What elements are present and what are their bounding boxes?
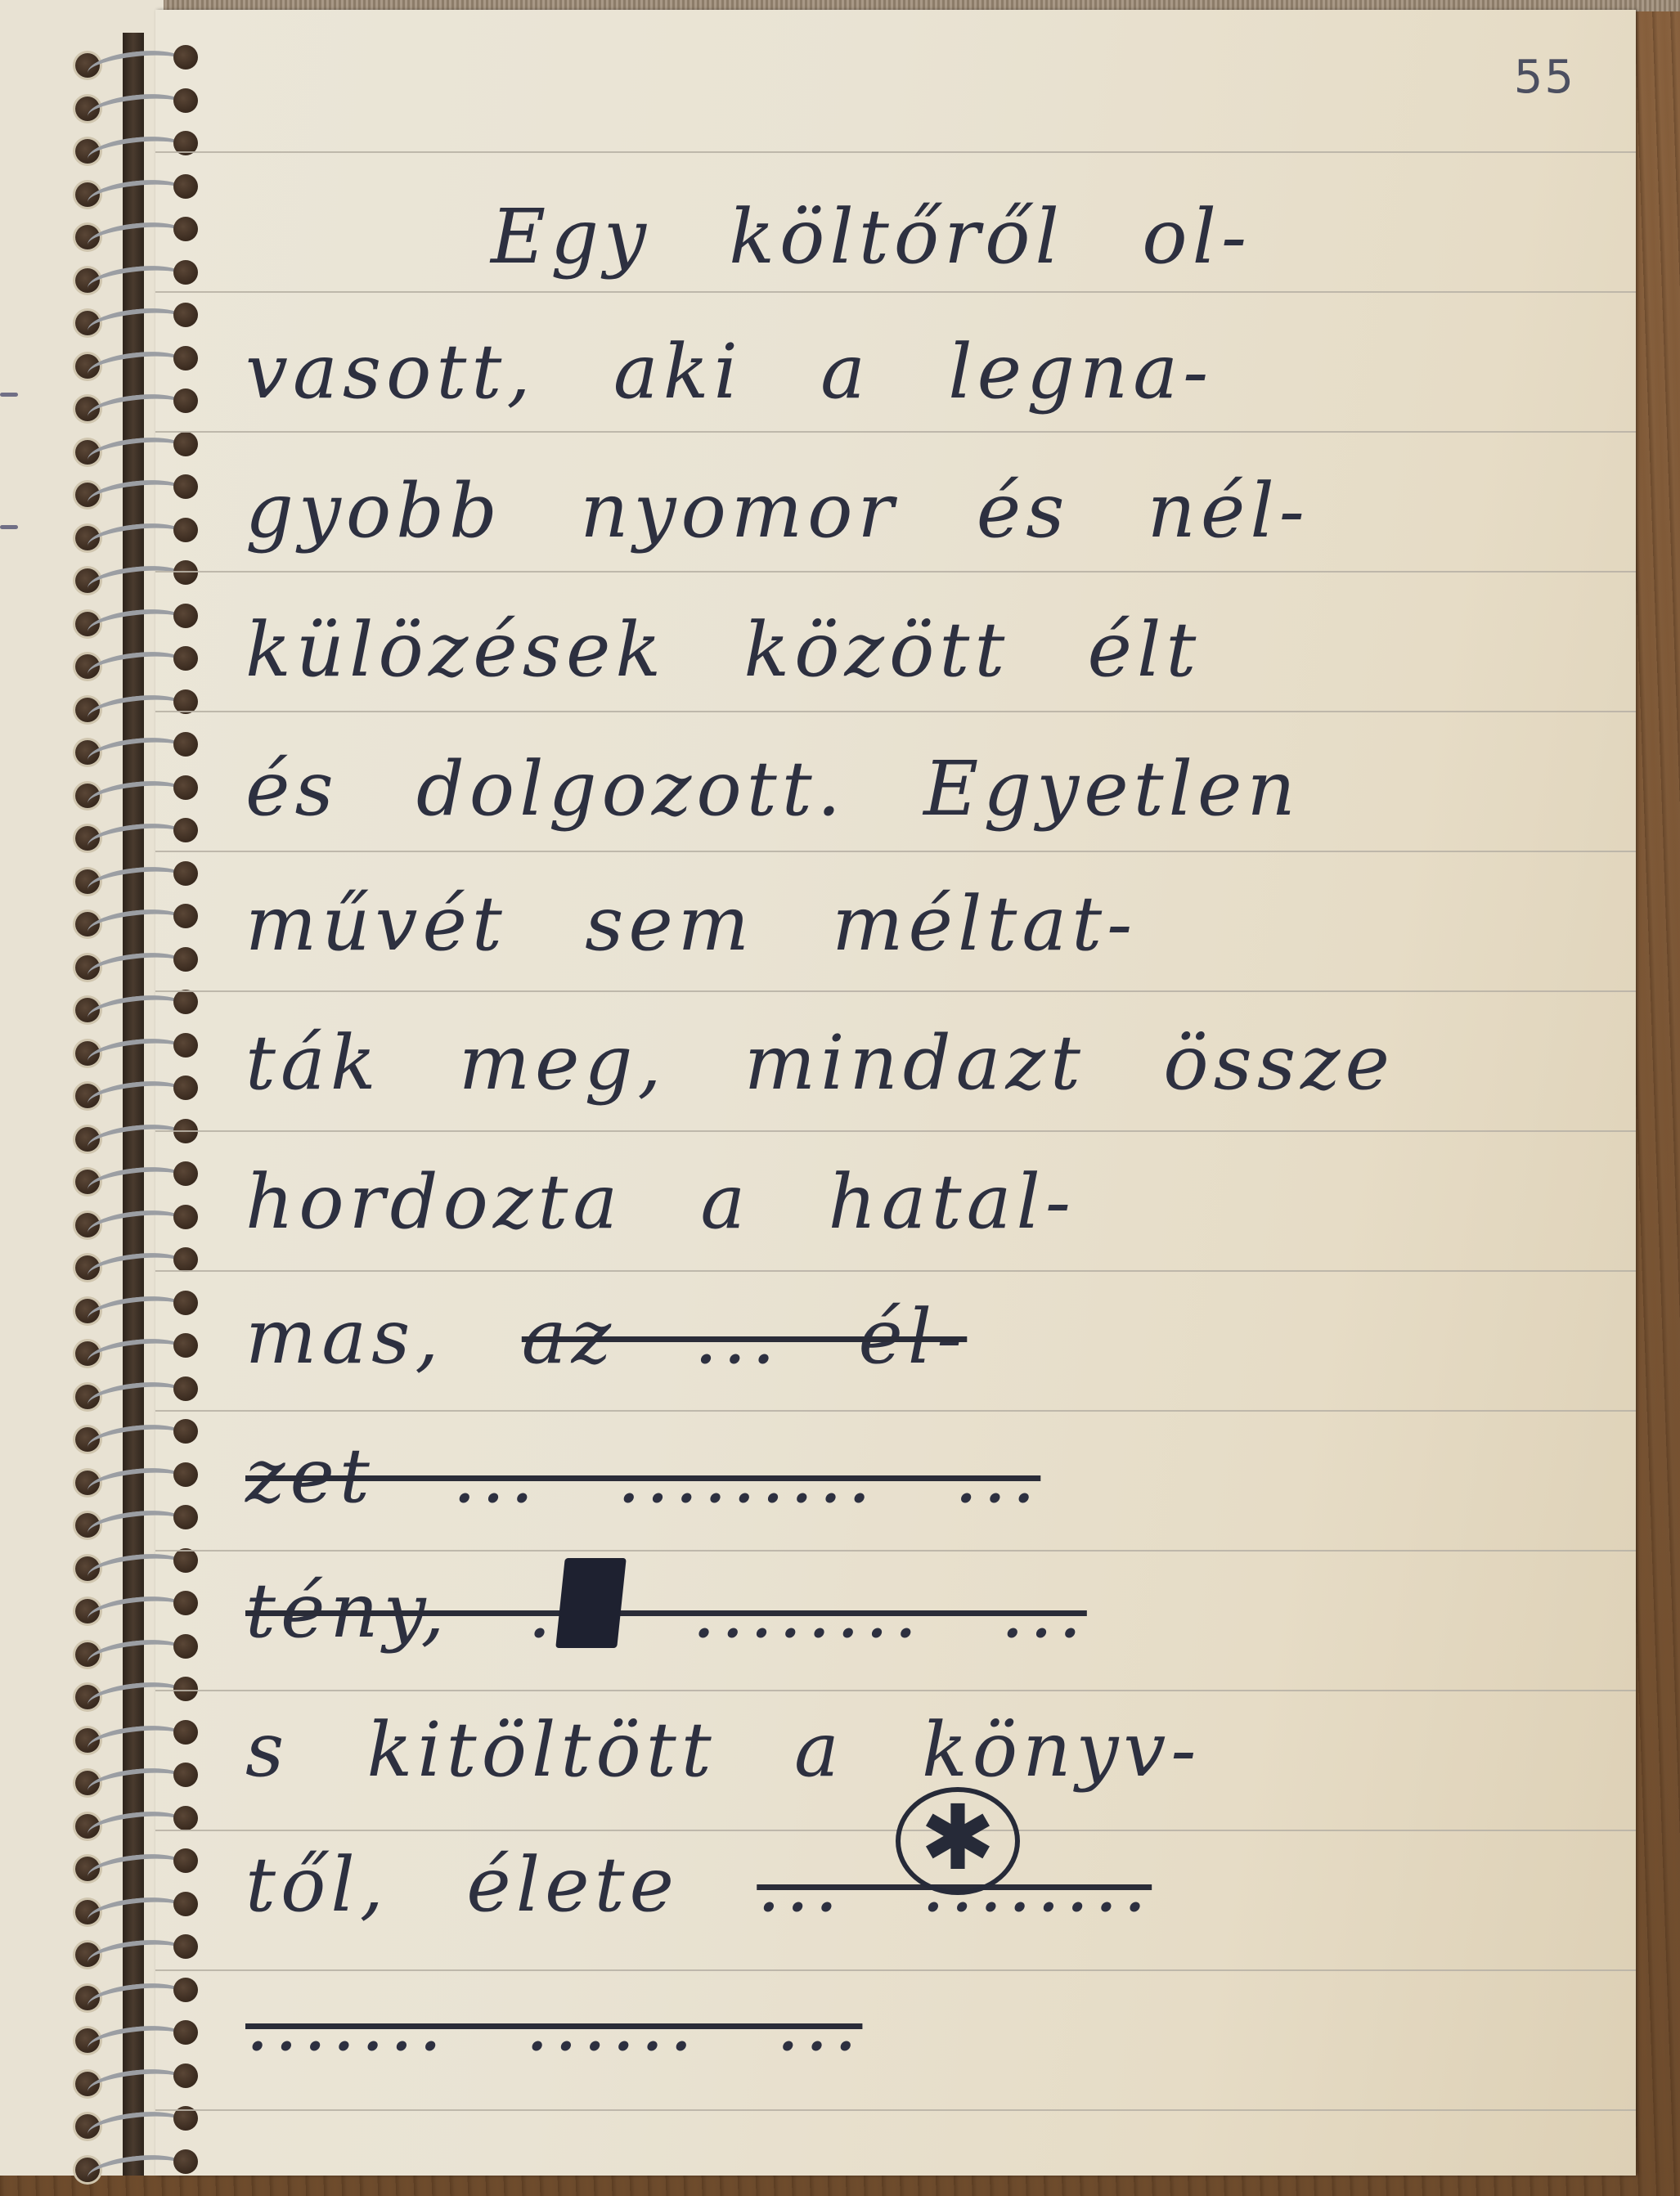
facing-page-ink-mark xyxy=(0,393,18,397)
struck-text: tény, ... ........ ... xyxy=(245,1567,1087,1655)
spiral-coil xyxy=(75,990,198,1031)
ruled-line xyxy=(155,1690,1636,1691)
handwritten-line: ....... ...... ... xyxy=(245,1979,1636,2069)
ruled-line xyxy=(155,1270,1636,1272)
spiral-coil xyxy=(75,1119,198,1160)
ruled-line xyxy=(155,1130,1636,1132)
spiral-coil xyxy=(75,1076,198,1116)
spiral-coil xyxy=(75,1247,198,1288)
spiral-coil xyxy=(75,2064,198,2104)
spiral-coil xyxy=(75,346,198,387)
spiral-coil xyxy=(75,432,198,473)
handwritten-line: gyobb nyomor és nél- xyxy=(245,466,1636,556)
spiral-coil xyxy=(75,1033,198,1074)
handwritten-line: és dolgozott. Egyetlen xyxy=(245,744,1636,834)
handwritten-line: s kitöltött a könyv- xyxy=(245,1705,1636,1795)
spiral-coil xyxy=(75,689,198,730)
spiral-coil xyxy=(75,904,198,945)
spiral-coil xyxy=(75,1848,198,1889)
handwritten-line: ták meg, mindazt össze xyxy=(245,1018,1636,1108)
spiral-coil xyxy=(75,45,198,86)
ruled-line xyxy=(155,1550,1636,1552)
spiral-coil xyxy=(75,1892,198,1933)
spiral-coil xyxy=(75,2020,198,2061)
handwritten-line: külözések között élt xyxy=(245,605,1636,695)
spiral-coil xyxy=(75,1333,198,1374)
ruled-line xyxy=(155,1830,1636,1831)
ruled-line xyxy=(155,151,1636,153)
handwritten-line: Egy költőről ol- xyxy=(245,192,1636,282)
spiral-coil xyxy=(75,1548,198,1589)
spiral-coil xyxy=(75,518,198,559)
struck-text: ....... ...... ... xyxy=(245,1980,862,2068)
spiral-coil xyxy=(75,1161,198,1202)
ruled-line xyxy=(155,1410,1636,1412)
spiral-coil xyxy=(75,2106,198,2147)
spiral-coil xyxy=(75,1462,198,1503)
ruled-line xyxy=(155,431,1636,433)
spiral-coil xyxy=(75,1591,198,1632)
blacked-out-mark xyxy=(555,1558,627,1648)
spiral-coil xyxy=(75,1634,198,1675)
facing-page-ink-mark xyxy=(0,525,18,529)
handwritten-line: mas, az ... él- xyxy=(245,1292,1636,1382)
struck-text: az ... él- xyxy=(522,1293,968,1381)
ruled-line xyxy=(155,990,1636,992)
spiral-coil xyxy=(75,1205,198,1246)
spiral-coil xyxy=(75,775,198,816)
spiral-coil xyxy=(75,1419,198,1460)
handwritten-line: vasott, aki a legna- xyxy=(245,327,1636,417)
spiral-coil xyxy=(75,1677,198,1718)
spiral-coil xyxy=(75,388,198,429)
spiral-coil xyxy=(75,1763,198,1803)
spiral-coil xyxy=(75,947,198,988)
spiral-coil xyxy=(75,818,198,859)
page-number: 55 xyxy=(1514,51,1575,104)
spiral-coil xyxy=(75,861,198,902)
spiral-coil xyxy=(75,303,198,344)
spiral-coil xyxy=(75,1291,198,1332)
spiral-coil xyxy=(75,1978,198,2019)
spiral-coil xyxy=(75,474,198,515)
spiral-coil xyxy=(75,560,198,601)
handwritten-line: zet ... ......... ... xyxy=(245,1431,1636,1521)
ruled-line xyxy=(155,1969,1636,1971)
struck-text: zet ... ......... ... xyxy=(245,1432,1040,1520)
ruled-line xyxy=(155,851,1636,852)
spiral-coil xyxy=(75,260,198,301)
handwritten-line: hordozta a hatal- xyxy=(245,1157,1636,1247)
spiral-coil xyxy=(75,1505,198,1546)
ruled-line xyxy=(155,711,1636,712)
spiral-coil xyxy=(75,217,198,258)
handwritten-line: tény, ... ........ ... xyxy=(245,1566,1636,1656)
spiral-coil xyxy=(75,88,198,129)
spiral-coil xyxy=(75,1720,198,1761)
circled-asterisk-icon: ✱ xyxy=(896,1787,1020,1895)
ruled-line xyxy=(155,571,1636,573)
spiral-coil xyxy=(75,174,198,215)
ruled-line xyxy=(155,291,1636,293)
ruled-line xyxy=(155,2109,1636,2111)
spiral-coil xyxy=(75,732,198,773)
handwritten-line: művét sem méltat- xyxy=(245,879,1636,969)
spiral-coil xyxy=(75,2149,198,2190)
spiral-coil xyxy=(75,604,198,644)
spiral-coil xyxy=(75,1806,198,1847)
spiral-coil xyxy=(75,646,198,687)
